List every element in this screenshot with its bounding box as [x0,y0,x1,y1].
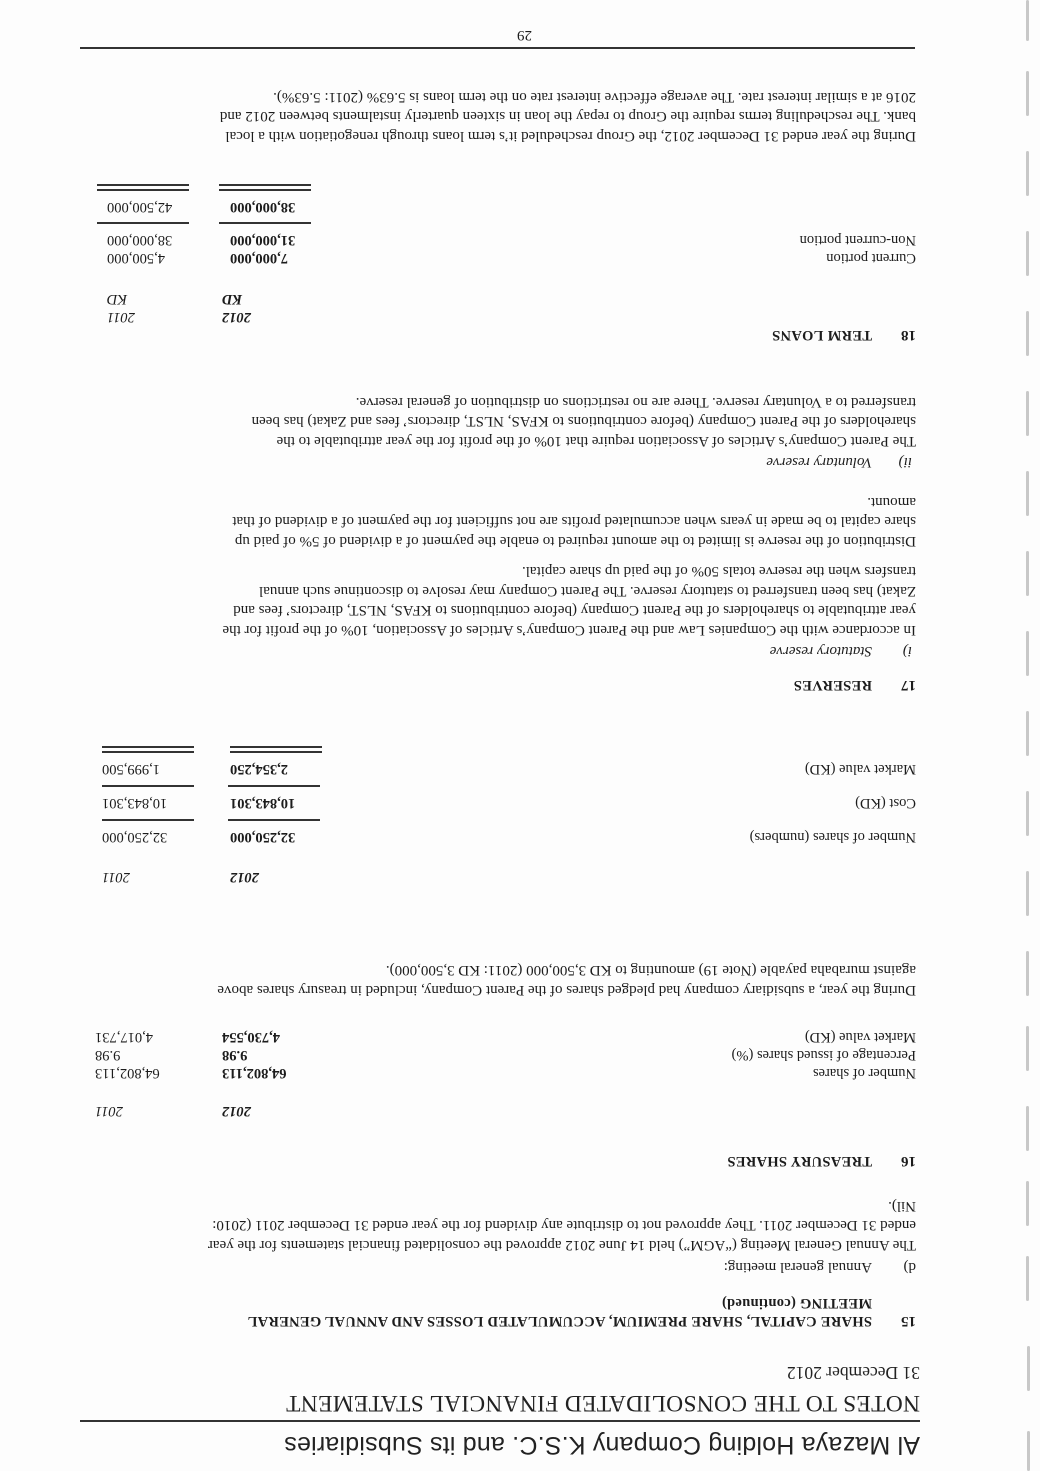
t3-double-rule [97,184,189,191]
binding-mark [1026,791,1029,836]
t2-cell-2012: 2,354,250 [230,760,340,777]
binding-mark [1026,1181,1029,1226]
binding-mark [1026,1106,1029,1151]
note-17-title: RESERVES [794,676,872,693]
note-15-title-line1: SHARE CAPITAL, SHARE PREMIUM, ACCUMULATE… [247,1312,872,1329]
t1-cell-2012: 9.98 [222,1046,332,1063]
note-18-paragraph: During the year ended 31 December 2012, … [121,87,916,146]
t2-double-rule [102,746,194,753]
t2-col-2012: 2012 [230,868,340,885]
note-16-number: 16 [901,1152,916,1169]
t3-col-2011: 2011 [107,308,217,325]
t3-cell-2012: 7,000,000 [230,249,340,266]
note-16-paragraph: During the year, a subsidiary company ha… [121,960,916,999]
t2-cell-2011: 32,250,000 [102,828,212,845]
binding-mark [1026,471,1029,516]
t3-cell-2012: 31,000,000 [230,231,340,248]
t1-row-label: Market value (KD) [805,1028,916,1045]
t1-row-label: Number of shares [813,1064,916,1081]
binding-mark [1026,871,1029,916]
voluntary-marker: ii) [899,453,912,470]
t3-row-label: Non-current portion [800,231,916,248]
note-18-title: TERM LOANS [772,326,872,343]
t3-cell-2011: 38,000,000 [107,231,217,248]
t3-unit-2011: KD [107,290,217,307]
voluntary-paragraph: The Parent Company’s Articles of Associa… [121,392,916,451]
t1-cell-2012: 64,802,113 [222,1064,332,1081]
note-15-paragraph: The Annual General Meeting (“AGM”) held … [121,1196,916,1255]
t1-col-2011: 2011 [95,1102,205,1119]
statutory-paragraph-2: Distribution of the reserve is limited t… [121,492,916,551]
page-number: 29 [517,26,532,43]
company-name: Al Mazaya Holding Company K.S.C. and its… [284,1430,920,1459]
t1-cell-2011: 64,802,113 [95,1064,205,1081]
voluntary-title: Voluntary reserve [766,453,872,470]
binding-mark [1026,231,1029,276]
binding-mark [1026,711,1029,756]
t2-cell-2012: 10,843,301 [230,794,340,811]
t2-double-rule [230,746,322,753]
t2-row-label: Number of shares (numbers) [750,828,916,845]
t3-col-2012: 2012 [222,308,332,325]
t2-cell-2012: 32,250,000 [230,828,340,845]
binding-mark [1026,951,1029,996]
t3-total-2012: 38,000,000 [230,198,340,215]
binding-mark [1026,311,1029,356]
t1-cell-2011: 4,017,731 [95,1028,205,1045]
t1-cell-2011: 9.98 [95,1046,205,1063]
t3-rule [219,222,311,224]
footer-rule [80,47,915,49]
binding-mark [1026,391,1029,436]
t3-row-label: Current portion [826,249,916,266]
statutory-paragraph: In accordance with the Companies Law and… [121,561,916,639]
t3-unit-2012: KD [222,290,332,307]
t2-rule [228,819,320,821]
t1-row-label: Percentage of issued shares (%) [732,1046,916,1063]
note-18-number: 18 [901,326,916,343]
document-title: NOTES TO THE CONSOLIDATED FINANCIAL STAT… [286,1389,920,1416]
binding-mark [1026,151,1029,196]
binding-mark [1026,1026,1029,1071]
t2-row-label: Cost (KD) [855,794,916,811]
binding-mark [1026,71,1029,116]
binding-mark [1026,551,1029,596]
t2-cell-2011: 10,843,301 [102,794,212,811]
header-rule [80,1420,920,1422]
note-17-number: 17 [901,676,916,693]
note-16-title: TREASURY SHARES [727,1152,872,1169]
t3-cell-2011: 4,500,000 [107,249,217,266]
note-15-title-line2: MEETING (continued) [722,1294,872,1311]
statutory-title: Statutory reserve [770,642,872,659]
note-15-sub-marker: d) [904,1258,917,1275]
statutory-marker: i) [903,642,912,659]
note-15-number: 15 [901,1312,916,1329]
note-15-sub-title: Annual general meeting: [724,1258,872,1275]
binding-mark [1027,1346,1030,1391]
t2-rule [102,785,194,787]
t2-col-2011: 2011 [102,868,212,885]
t2-row-label: Market value (KD) [805,760,916,777]
t3-rule [97,222,189,224]
binding-mark [1026,631,1029,676]
binding-mark [1027,1431,1030,1471]
t1-col-2012: 2012 [222,1102,332,1119]
t1-cell-2012: 4,730,554 [222,1028,332,1045]
t2-cell-2011: 1,999,500 [102,760,212,777]
binding-mark [1026,1256,1029,1301]
scanned-document-page: Al Mazaya Holding Company K.S.C. and its… [0,0,1040,1471]
t3-double-rule [219,184,311,191]
binding-mark [1026,0,1029,41]
t2-rule [102,819,194,821]
t2-rule [228,785,320,787]
t3-total-2011: 42,500,000 [107,198,217,215]
document-date: 31 December 2012 [787,1362,920,1383]
